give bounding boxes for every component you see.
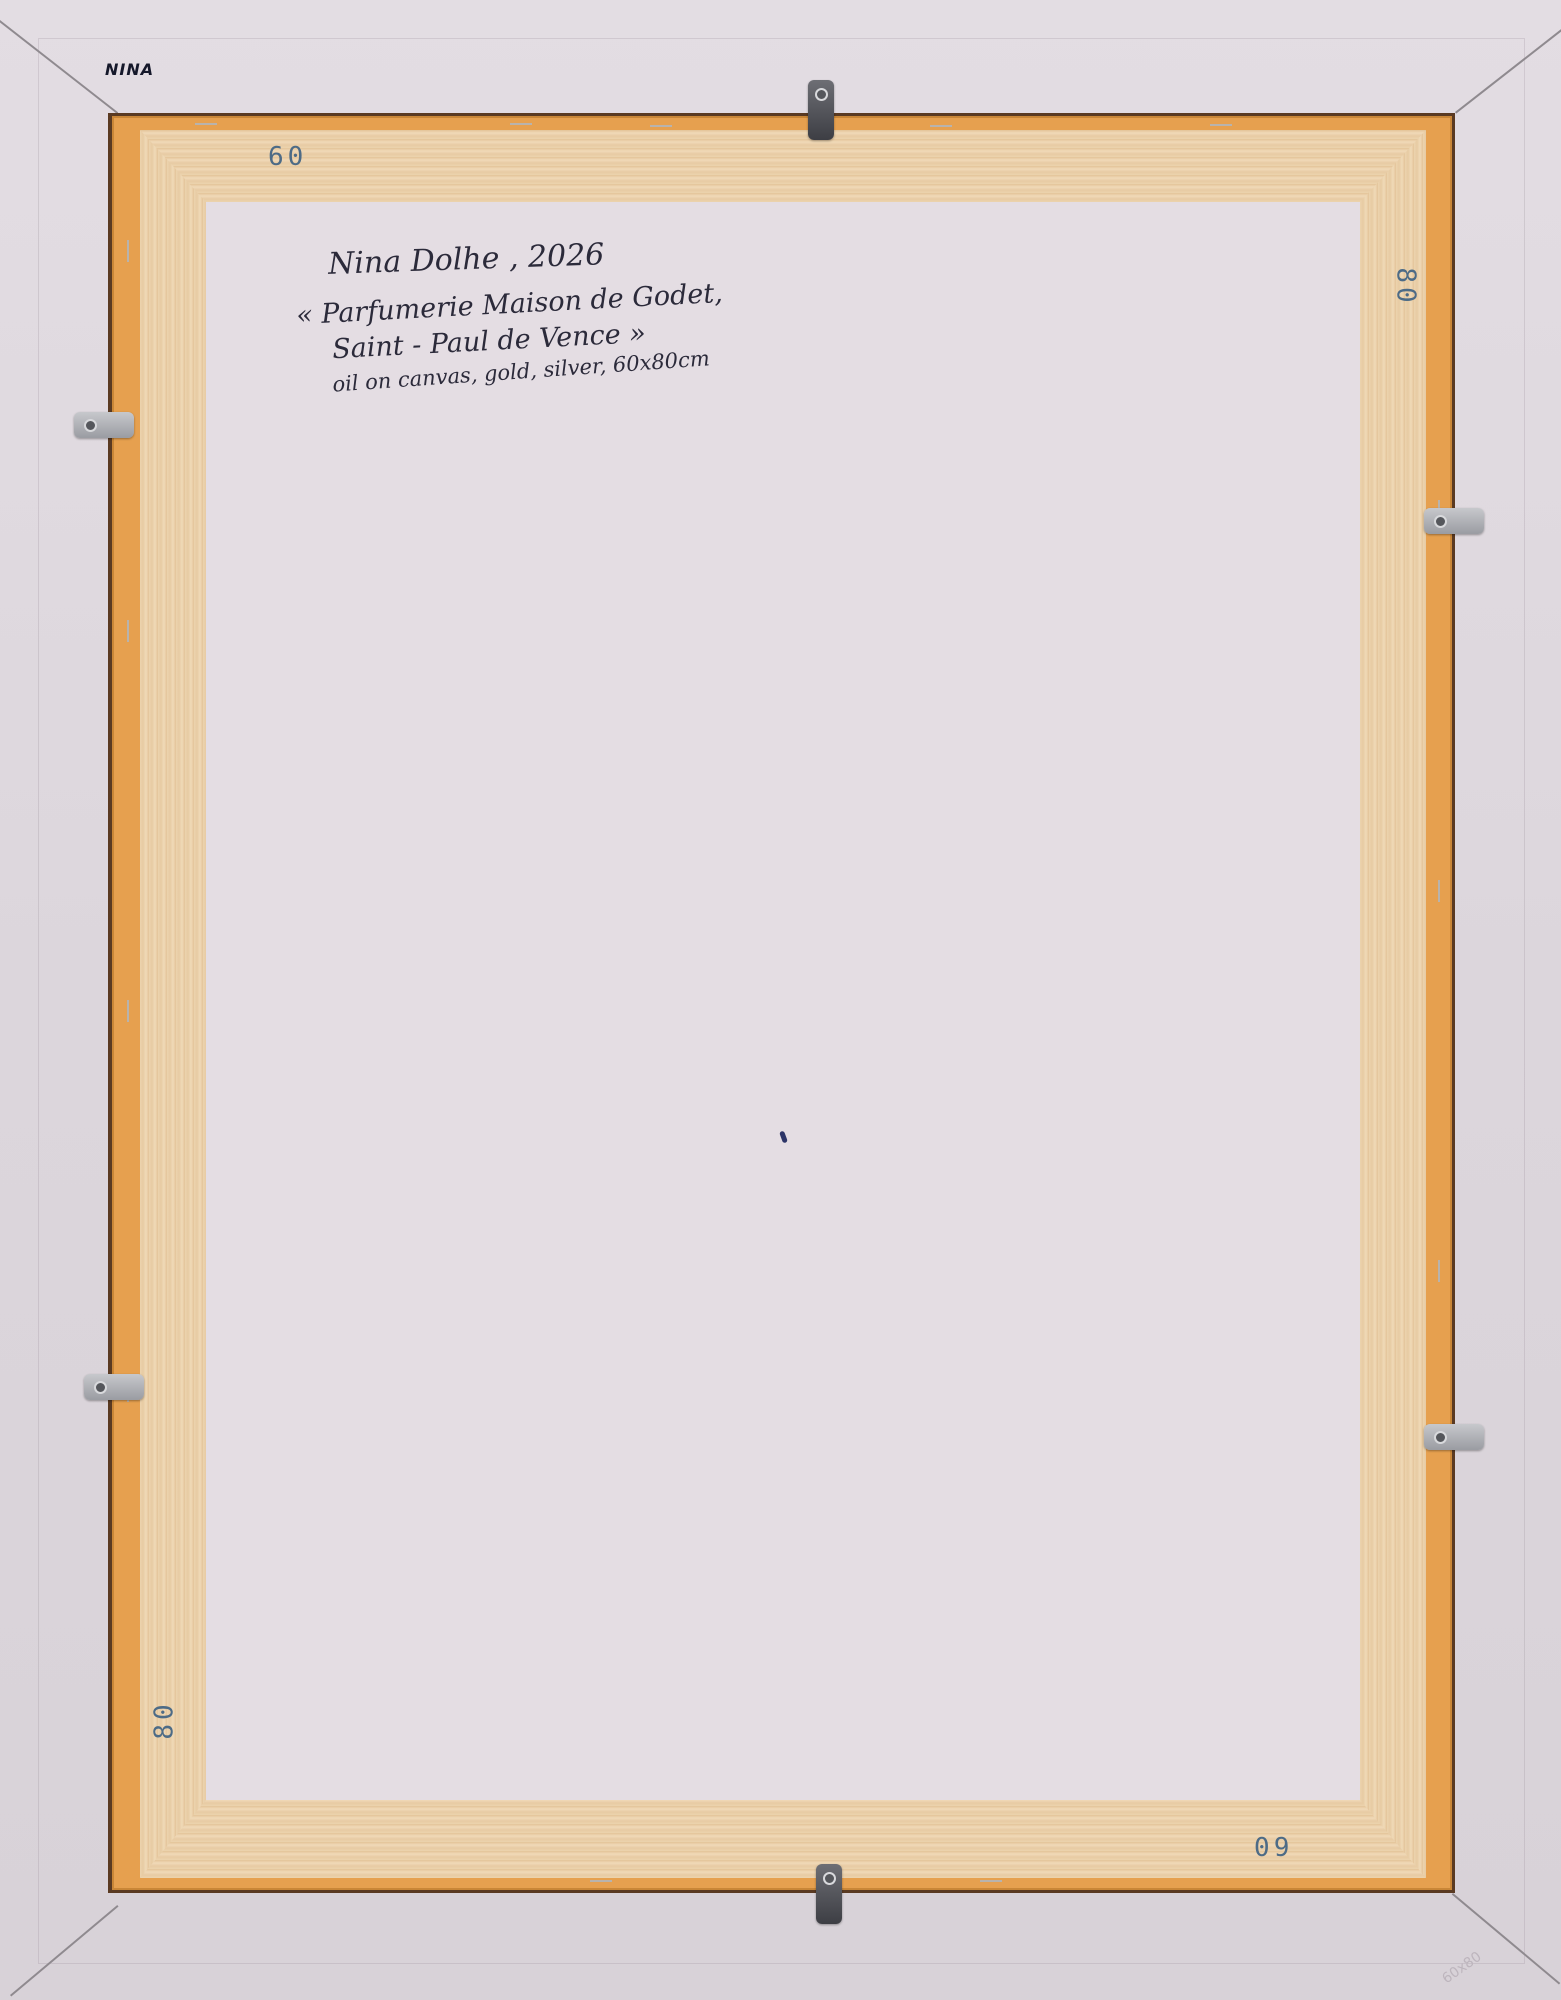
- staple: [127, 240, 129, 262]
- staple: [1210, 124, 1232, 126]
- staple: [1438, 1260, 1440, 1282]
- mounting-clip-left-lower: [84, 1374, 144, 1400]
- stretcher-size-stamp-bottom: 60: [1250, 1830, 1289, 1860]
- staple: [127, 620, 129, 642]
- stretcher-bar-right: [1360, 130, 1426, 1878]
- canvas-back: [206, 202, 1360, 1800]
- stretcher-bar-left: [140, 130, 206, 1878]
- staple: [195, 123, 217, 125]
- mounting-clip-bottom: [816, 1864, 842, 1924]
- stretcher-size-stamp-top: 60: [268, 142, 307, 172]
- mounting-clip-left-upper: [74, 412, 134, 438]
- stretcher-size-stamp-right: 80: [1391, 267, 1421, 306]
- staple: [127, 1000, 129, 1022]
- staple: [1438, 880, 1440, 902]
- stretcher-bar-top: [140, 130, 1426, 202]
- staple: [510, 123, 532, 125]
- staple: [650, 125, 672, 127]
- mounting-clip-right-lower: [1424, 1424, 1484, 1450]
- handwritten-inscription: Nina Dolhe , 2026 « Parfumerie Maison de…: [296, 240, 723, 383]
- stretcher-bar-bottom: [140, 1800, 1426, 1878]
- staple: [590, 1880, 612, 1882]
- staple: [980, 1880, 1002, 1882]
- mounting-clip-top: [808, 80, 834, 140]
- inscription-artist-year: Nina Dolhe , 2026: [328, 233, 724, 282]
- staple: [930, 125, 952, 127]
- stretcher-size-stamp-left: 80: [150, 1700, 180, 1739]
- frame-signature-label: NINA: [105, 60, 154, 79]
- mounting-clip-right-upper: [1424, 508, 1484, 534]
